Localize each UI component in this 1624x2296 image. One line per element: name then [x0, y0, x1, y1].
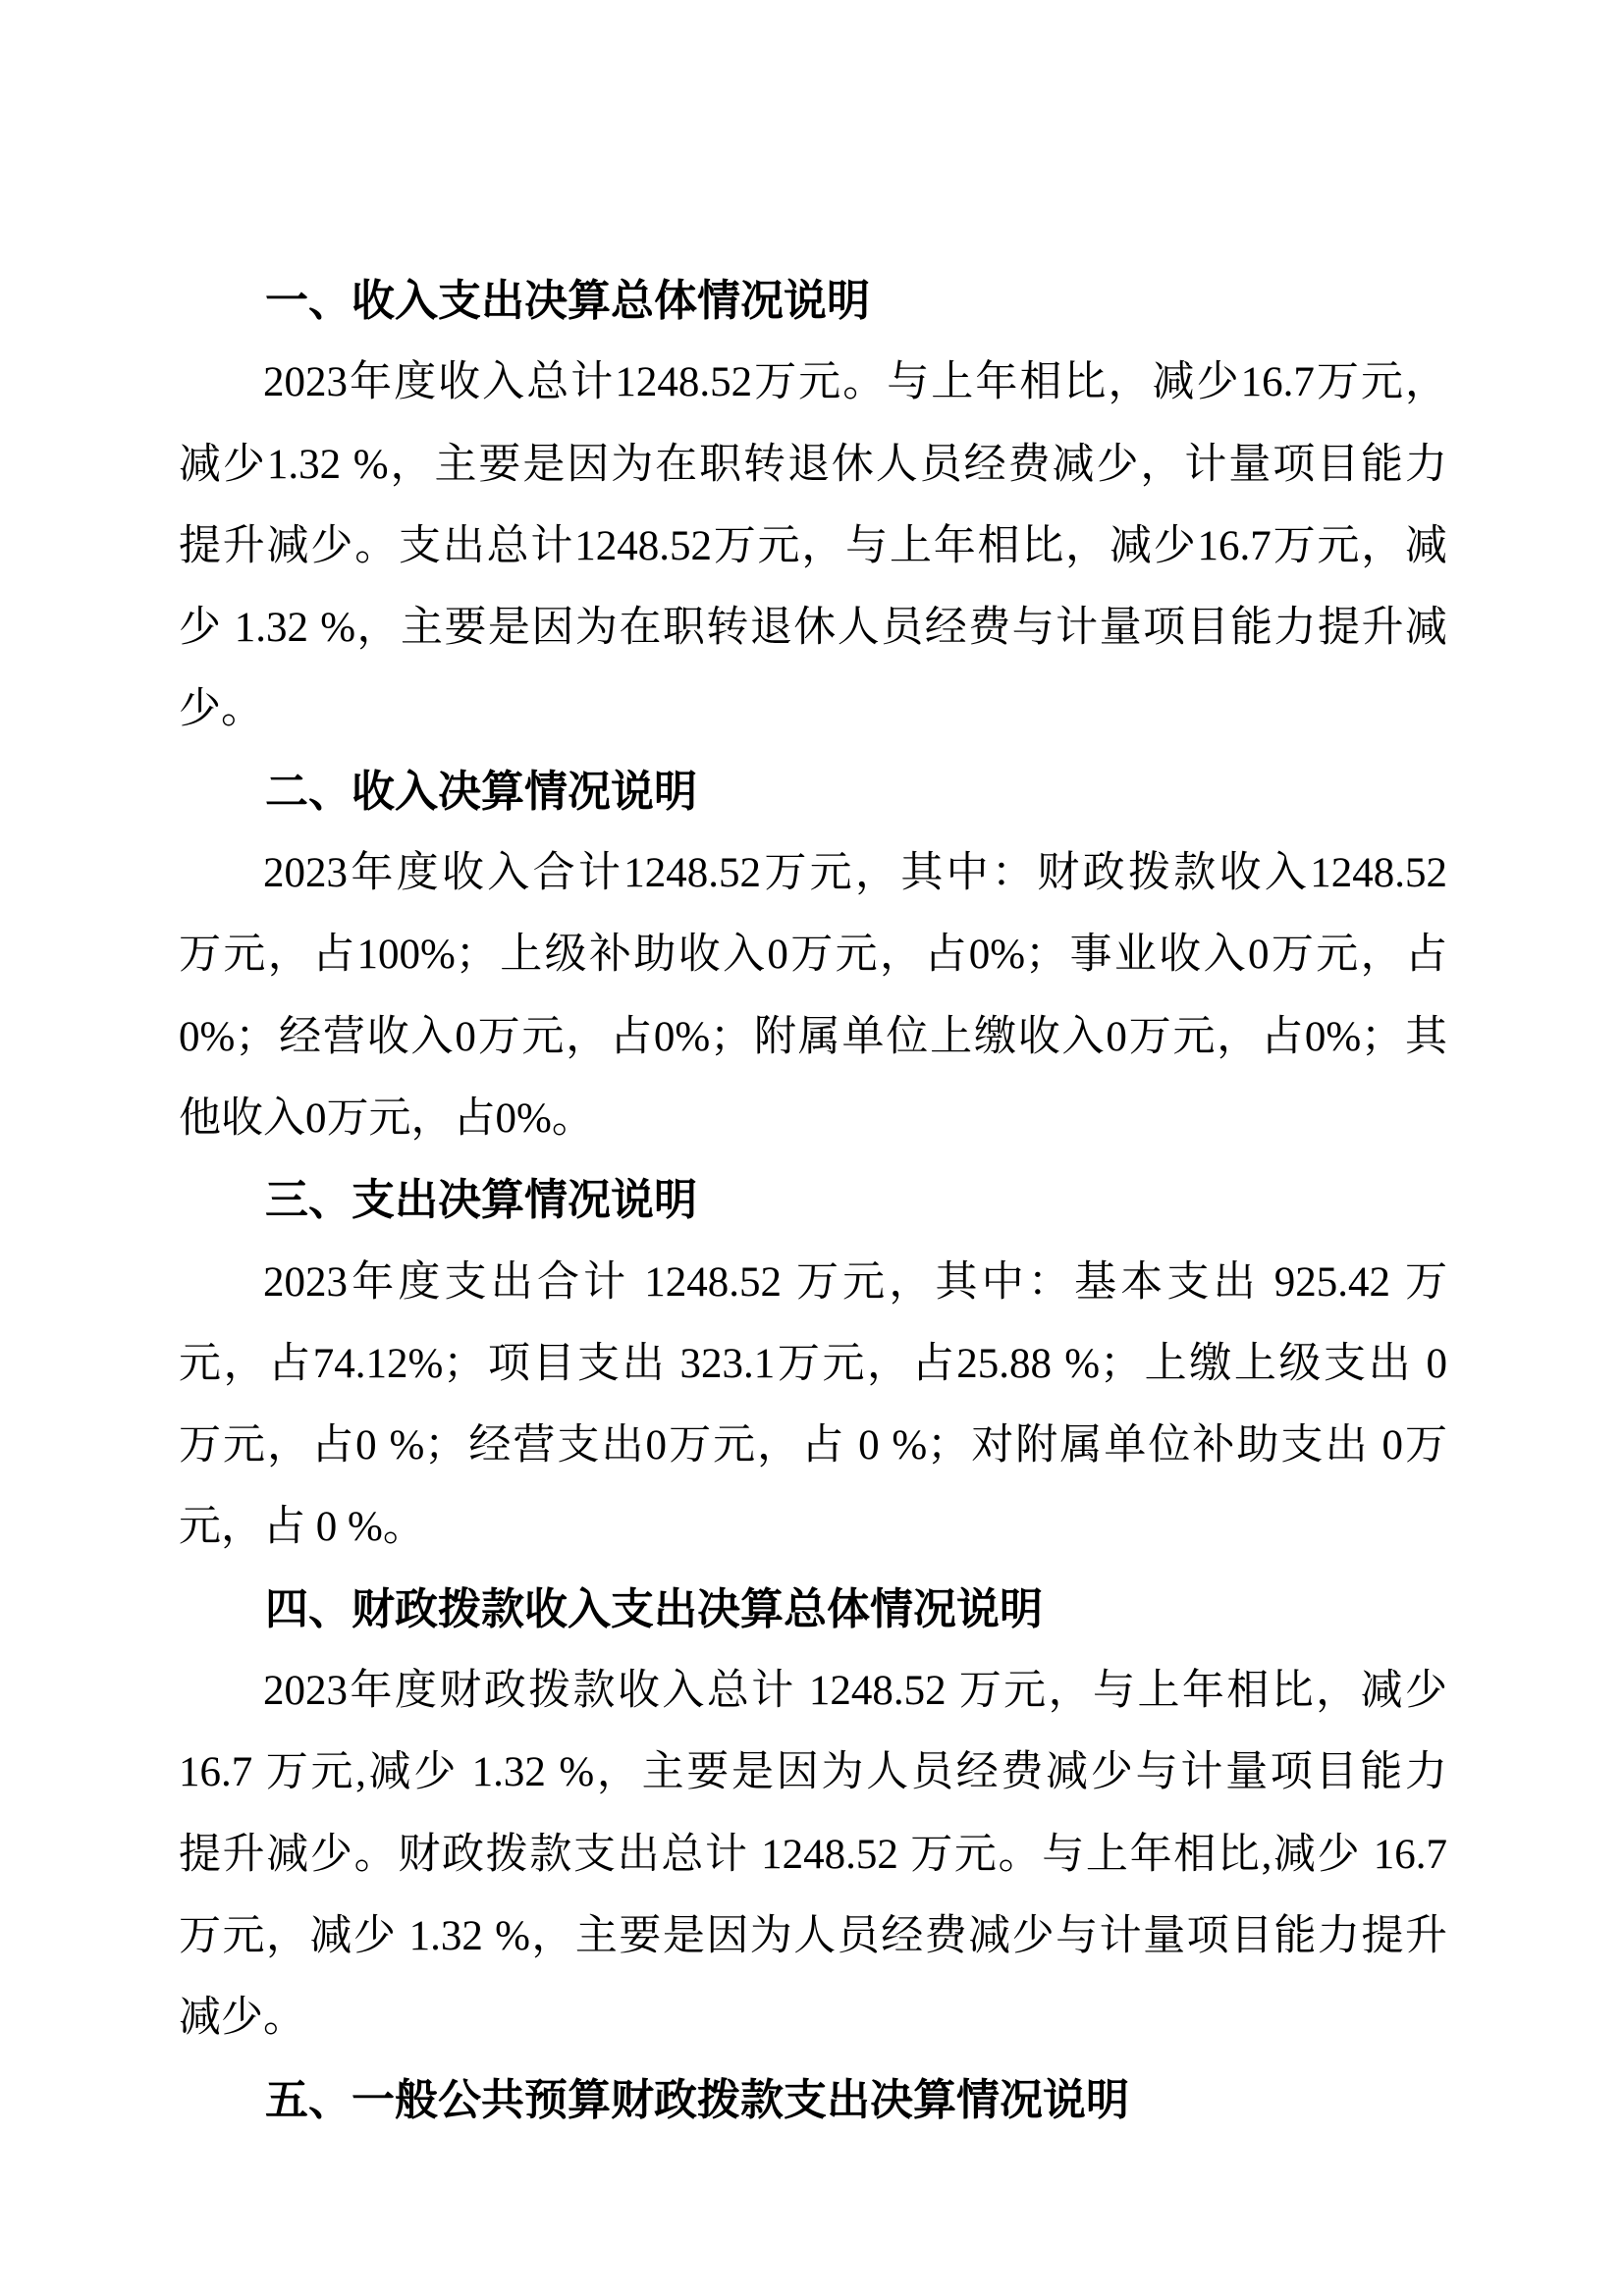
- section-1-heading: 一、收入支出决算总体情况说明: [179, 260, 1447, 342]
- section-1-paragraph-line: 少 1.32 %，主要是因为在职转退休人员经费与计量项目能力提升减: [179, 587, 1447, 668]
- section-4-heading: 四、财政拨款收入支出决算总体情况说明: [179, 1569, 1447, 1650]
- section-1-paragraph-line: 少。: [179, 668, 1447, 750]
- section-1-paragraph-line: 2023年度收入总计1248.52万元。与上年相比，减少16.7万元，: [179, 342, 1447, 423]
- section-4-paragraph-line: 减少。: [179, 1977, 1447, 2058]
- section-3-paragraph-line: 2023年度支出合计 1248.52 万元，其中：基本支出 925.42 万: [179, 1242, 1447, 1323]
- document-page: 一、收入支出决算总体情况说明 2023年度收入总计1248.52万元。与上年相比…: [0, 0, 1624, 2296]
- section-3-heading: 三、支出决算情况说明: [179, 1159, 1447, 1241]
- section-4-paragraph-line: 2023年度财政拨款收入总计 1248.52 万元，与上年相比，减少: [179, 1650, 1447, 1732]
- section-2-paragraph-line: 0%；经营收入0万元，占0%；附属单位上缴收入0万元，占0%；其: [179, 996, 1447, 1078]
- document-content: 一、收入支出决算总体情况说明 2023年度收入总计1248.52万元。与上年相比…: [179, 260, 1447, 2141]
- section-1-paragraph-line: 提升减少。支出总计1248.52万元，与上年相比，减少16.7万元，减: [179, 506, 1447, 587]
- section-2-paragraph-line: 2023年度收入合计1248.52万元，其中：财政拨款收入1248.52: [179, 832, 1447, 914]
- section-4-paragraph-line: 万元，减少 1.32 %，主要是因为人员经费减少与计量项目能力提升: [179, 1896, 1447, 1977]
- section-2-paragraph-line: 他收入0万元，占0%。: [179, 1078, 1447, 1159]
- section-4-paragraph-line: 提升减少。财政拨款支出总计 1248.52 万元。与上年相比,减少 16.7: [179, 1814, 1447, 1896]
- section-3-paragraph-line: 元，占 0 %。: [179, 1486, 1447, 1568]
- section-1-paragraph-line: 减少1.32 %，主要是因为在职转退休人员经费减少，计量项目能力: [179, 424, 1447, 506]
- section-3-paragraph-line: 万元，占0 %；经营支出0万元，占 0 %；对附属单位补助支出 0万: [179, 1405, 1447, 1486]
- section-2-heading: 二、收入决算情况说明: [179, 751, 1447, 832]
- section-4-paragraph-line: 16.7 万元,减少 1.32 %，主要是因为人员经费减少与计量项目能力: [179, 1732, 1447, 1813]
- section-5-heading: 五、一般公共预算财政拨款支出决算情况说明: [179, 2059, 1447, 2141]
- section-3-paragraph-line: 元，占74.12%；项目支出 323.1万元，占25.88 %；上缴上级支出 0: [179, 1323, 1447, 1405]
- section-2-paragraph-line: 万元，占100%；上级补助收入0万元，占0%；事业收入0万元，占: [179, 914, 1447, 995]
